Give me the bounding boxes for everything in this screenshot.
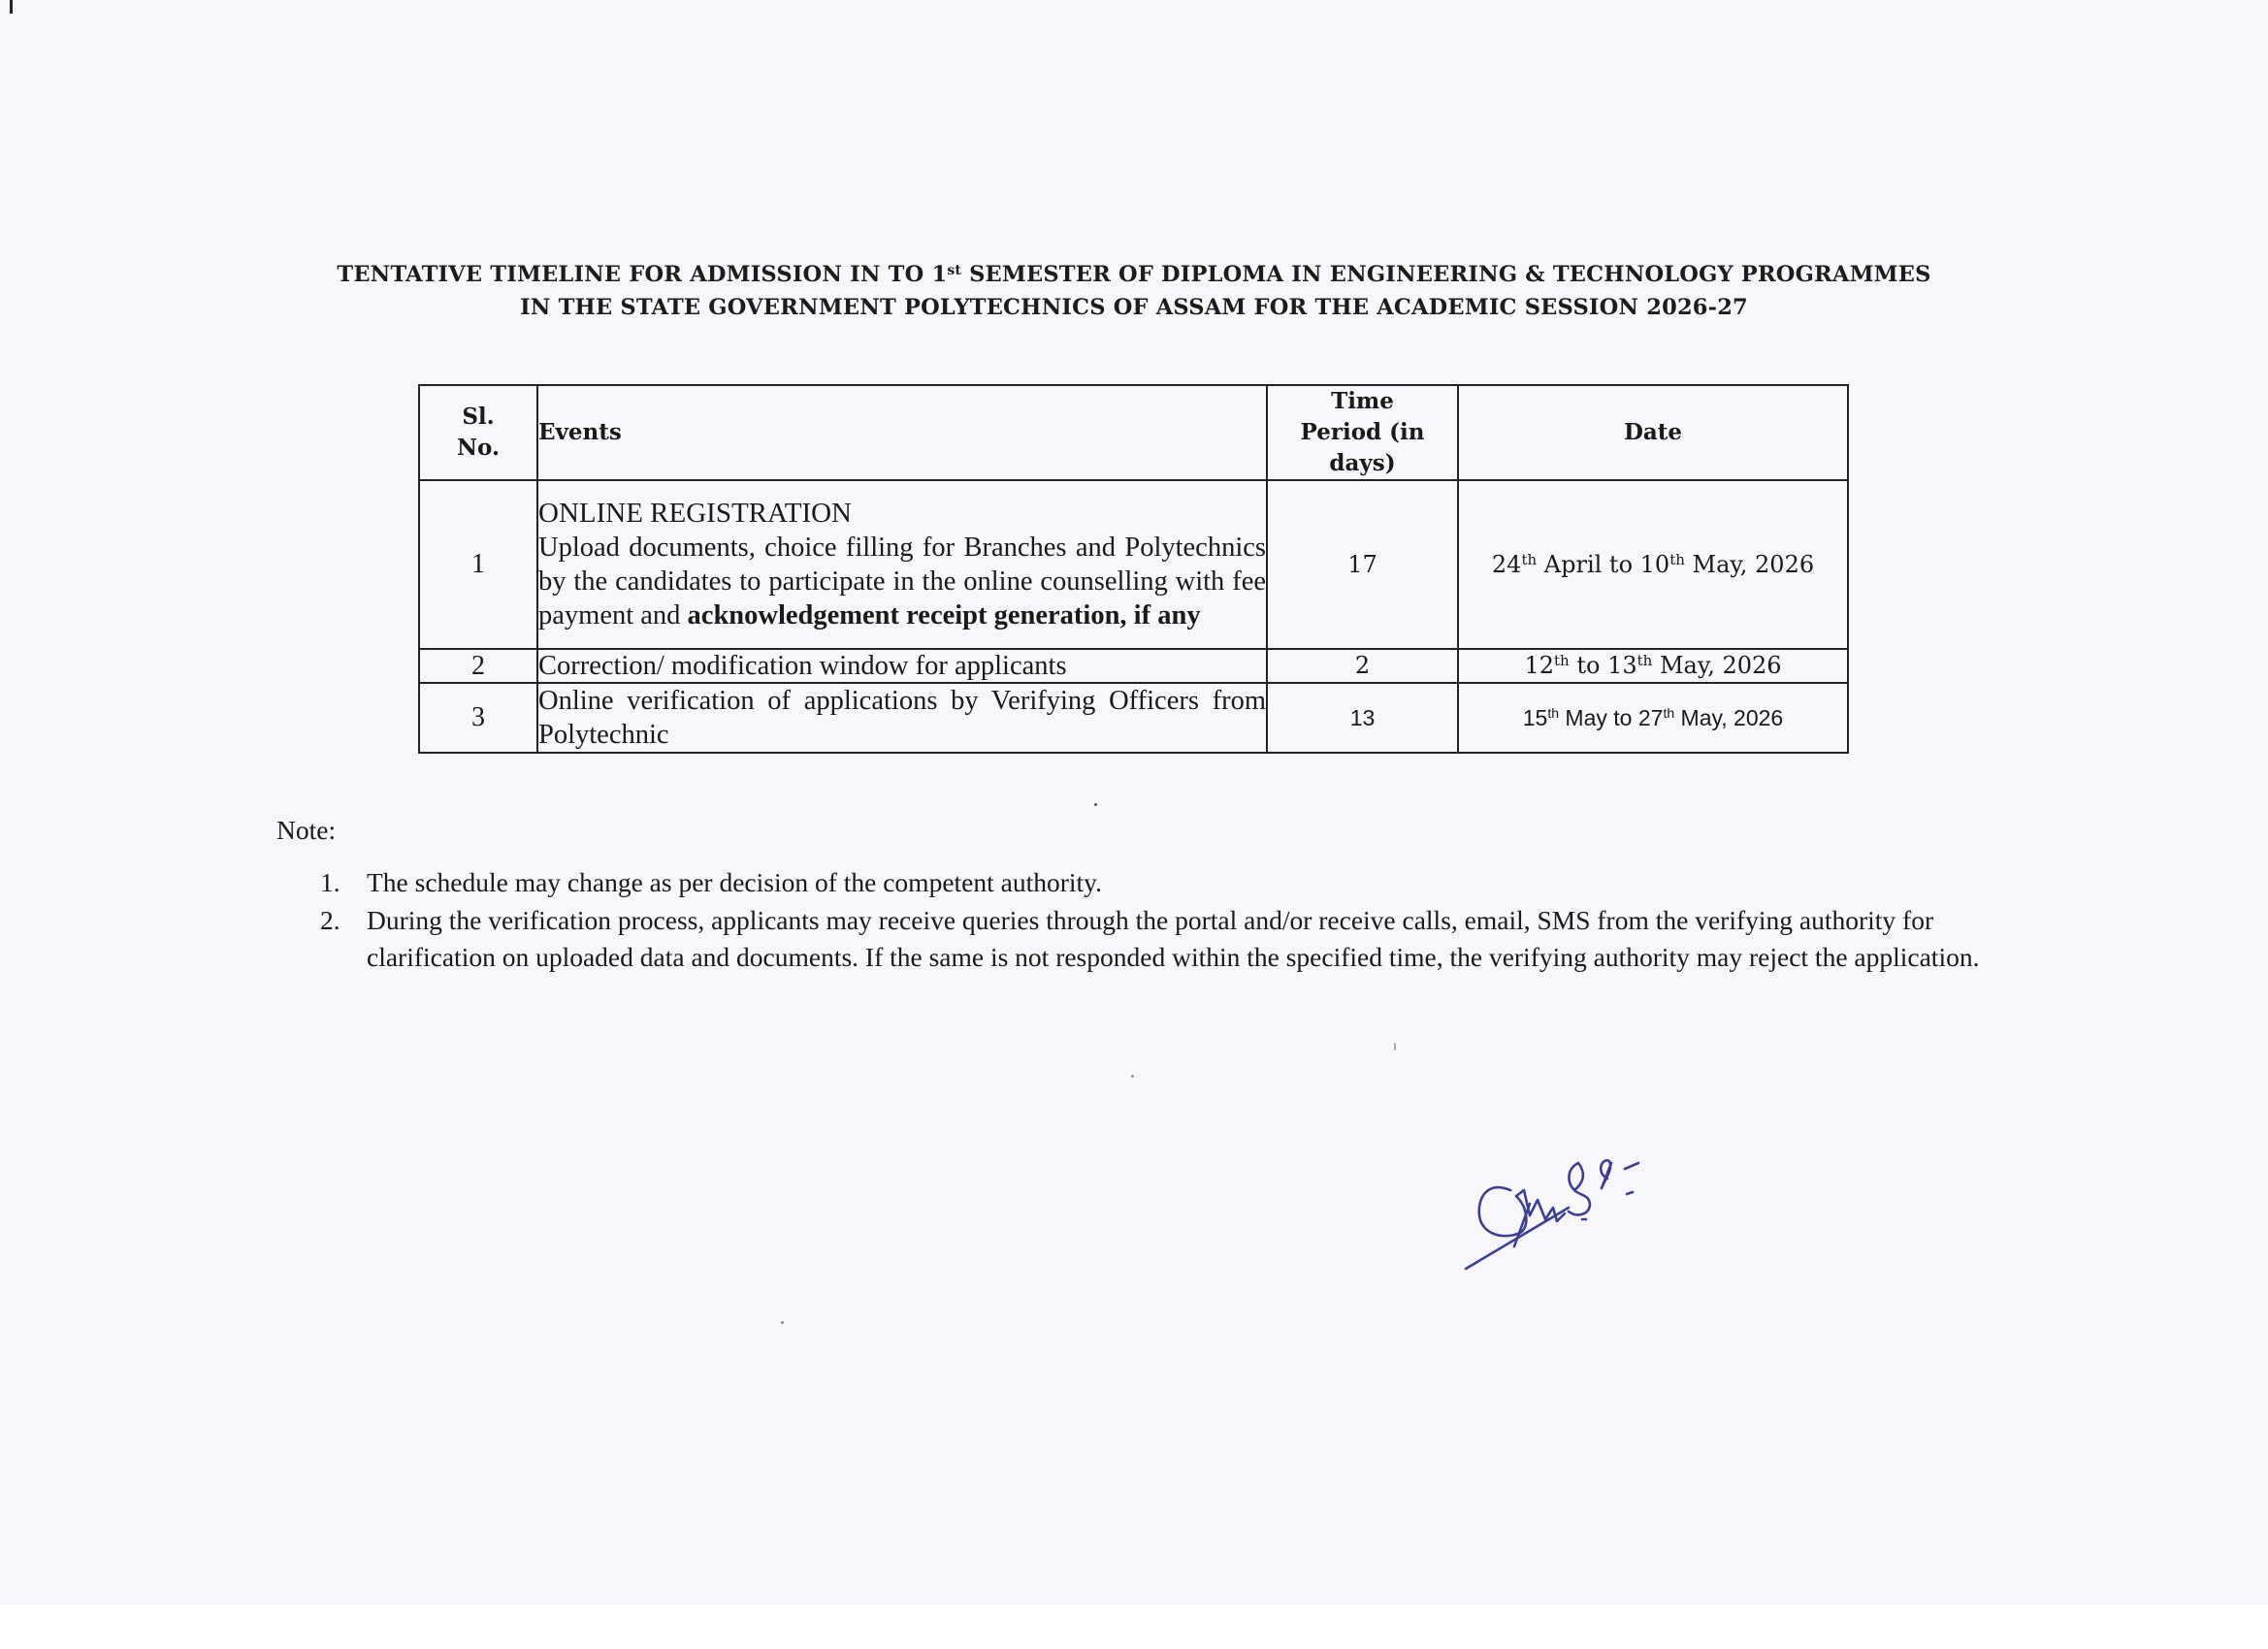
header-sl-no: Sl. No. (419, 385, 537, 480)
notes-list: 1. The schedule may change as per decisi… (320, 864, 2003, 977)
signature-icon (1460, 1140, 1644, 1280)
cell-date: 15th May to 27th May, 2026 (1458, 683, 1848, 753)
title-line-2: IN THE STATE GOVERNMENT POLYTECHNICS OF … (0, 291, 2268, 324)
cell-date: 12th to 13th May, 2026 (1458, 649, 1848, 683)
scan-speck (1394, 1043, 1396, 1051)
header-date: Date (1458, 385, 1848, 480)
timeline-table: Sl. No. Events Time Period (in days) Dat… (418, 384, 1849, 754)
table-header-row: Sl. No. Events Time Period (in days) Dat… (419, 385, 1848, 480)
cell-event: Correction/ modification window for appl… (537, 649, 1267, 683)
title-line-1: TENTATIVE TIMELINE FOR ADMISSION IN TO 1… (0, 258, 2268, 291)
event-description-bold: acknowledgement receipt generation, if a… (688, 600, 1201, 630)
cell-sl-no: 2 (419, 649, 537, 683)
note-label: Note: (276, 815, 336, 846)
document-page: TENTATIVE TIMELINE FOR ADMISSION IN TO 1… (0, 0, 2268, 1605)
note-item: 2. During the verification process, appl… (320, 902, 2003, 977)
table-row: 2 Correction/ modification window for ap… (419, 649, 1848, 683)
cell-sl-no: 3 (419, 683, 537, 753)
scan-speck (1094, 803, 1097, 806)
cell-time-period: 17 (1267, 480, 1458, 649)
cell-event: Online verification of applications by V… (537, 683, 1267, 753)
cell-time-period: 13 (1267, 683, 1458, 753)
scan-speck (781, 1321, 784, 1324)
table-row: 3 Online verification of applications by… (419, 683, 1848, 753)
cell-event: ONLINE REGISTRATION Upload documents, ch… (537, 480, 1267, 649)
note-item: 1. The schedule may change as per decisi… (320, 864, 2003, 902)
table-row: 1 ONLINE REGISTRATION Upload documents, … (419, 480, 1848, 649)
header-events: Events (537, 385, 1267, 480)
scan-speck (1131, 1075, 1134, 1078)
scan-corner-mark (10, 0, 13, 14)
header-time-period: Time Period (in days) (1267, 385, 1458, 480)
document-title: TENTATIVE TIMELINE FOR ADMISSION IN TO 1… (0, 258, 2268, 324)
cell-sl-no: 1 (419, 480, 537, 649)
cell-time-period: 2 (1267, 649, 1458, 683)
cell-date: 24th April to 10th May, 2026 (1458, 480, 1848, 649)
event-title: ONLINE REGISTRATION (538, 497, 1266, 531)
